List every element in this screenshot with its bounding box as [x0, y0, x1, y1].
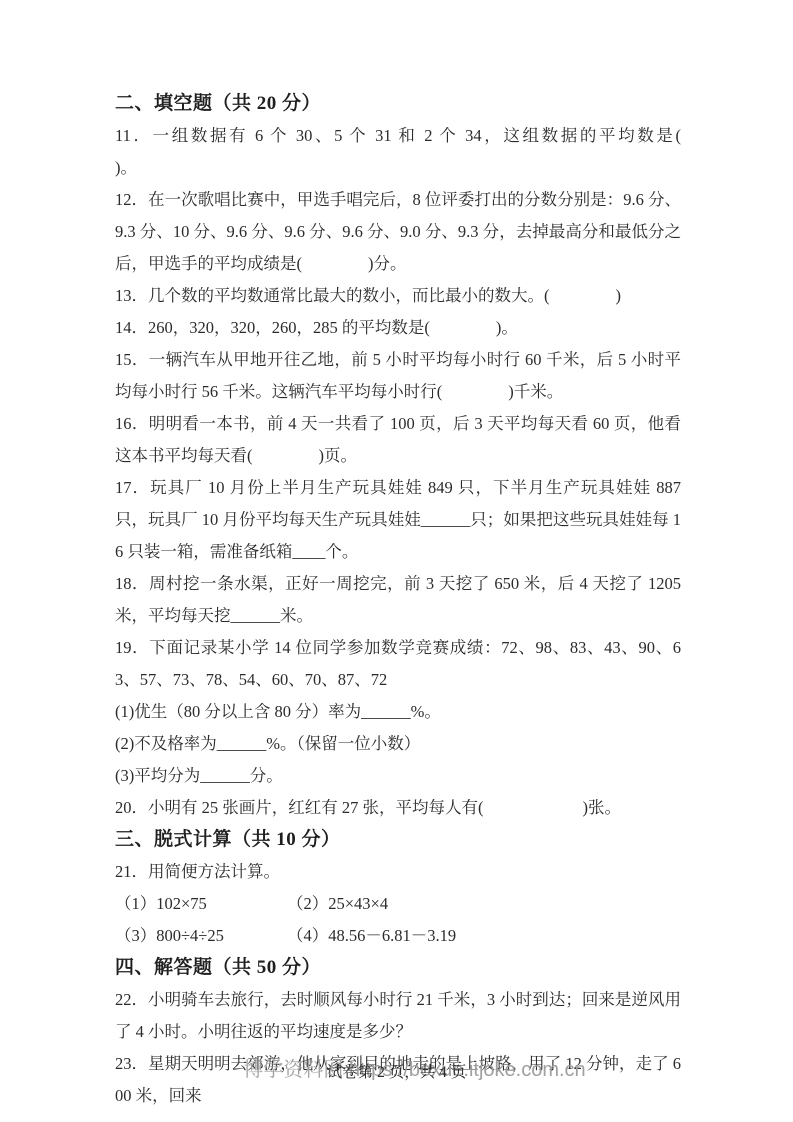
question-22: 22．小明骑车去旅行，去时顺风每小时行 21 千米，3 小时到达；回来是逆风用了… — [115, 984, 681, 1048]
question-21: 21．用简便方法计算。 — [115, 856, 681, 888]
question-17: 17．玩具厂 10 月份上半月生产玩具娃娃 849 只，下半月生产玩具娃娃 88… — [115, 472, 681, 568]
question-18: 18．周村挖一条水渠，正好一周挖完，前 3 天挖了 650 米，后 4 天挖了 … — [115, 568, 681, 632]
section-title-calculation: 三、脱式计算（共 10 分） — [115, 824, 681, 856]
question-12: 12．在一次歌唱比赛中，甲选手唱完后，8 位评委打出的分数分别是：9.6 分、9… — [115, 184, 681, 280]
question-19-sub-3: (3)平均分为______分。 — [115, 760, 681, 792]
question-19-sub-1: (1)优生（80 分以上含 80 分）率为______%。 — [115, 696, 681, 728]
question-19-sub-2: (2)不及格率为______%。（保留一位小数） — [115, 728, 681, 760]
exam-page: 二、填空题（共 20 分） 11．一组数据有 6 个 30、5 个 31 和 2… — [0, 0, 793, 1122]
expression-21-4: （4）48.56－6.81－3.19 — [287, 920, 456, 952]
question-16: 16．明明看一本书，前 4 天一共看了 100 页，后 3 天平均每天看 60 … — [115, 408, 681, 472]
expression-21-1: （1）102×75 — [115, 888, 287, 920]
expression-row-1: （1）102×75 （2）25×43×4 — [115, 888, 681, 920]
question-20: 20．小明有 25 张画片，红红有 27 张，平均每人有( )张。 — [115, 792, 681, 824]
page-number: 试卷第 2 页，共 4 页 — [327, 1063, 467, 1083]
section-title-word-problems: 四、解答题（共 50 分） — [115, 952, 681, 984]
question-11: 11．一组数据有 6 个 30、5 个 31 和 2 个 34，这组数据的平均数… — [115, 120, 681, 184]
question-15: 15．一辆汽车从甲地开往乙地，前 5 小时平均每小时行 60 千米，后 5 小时… — [115, 344, 681, 408]
expression-21-3: （3）800÷4÷25 — [115, 920, 287, 952]
section-title-fill-blanks: 二、填空题（共 20 分） — [115, 88, 681, 120]
question-19: 19．下面记录某小学 14 位同学参加数学竞赛成绩：72、98、83、43、90… — [115, 632, 681, 696]
question-13: 13．几个数的平均数通常比最大的数小，而比最小的数大。( ) — [115, 280, 681, 312]
expression-21-2: （2）25×43×4 — [287, 888, 388, 920]
expression-row-2: （3）800÷4÷25 （4）48.56－6.81－3.19 — [115, 920, 681, 952]
exam-content: 二、填空题（共 20 分） 11．一组数据有 6 个 30、5 个 31 和 2… — [115, 88, 681, 1112]
question-14: 14．260，320，320，260，285 的平均数是( )。 — [115, 312, 681, 344]
